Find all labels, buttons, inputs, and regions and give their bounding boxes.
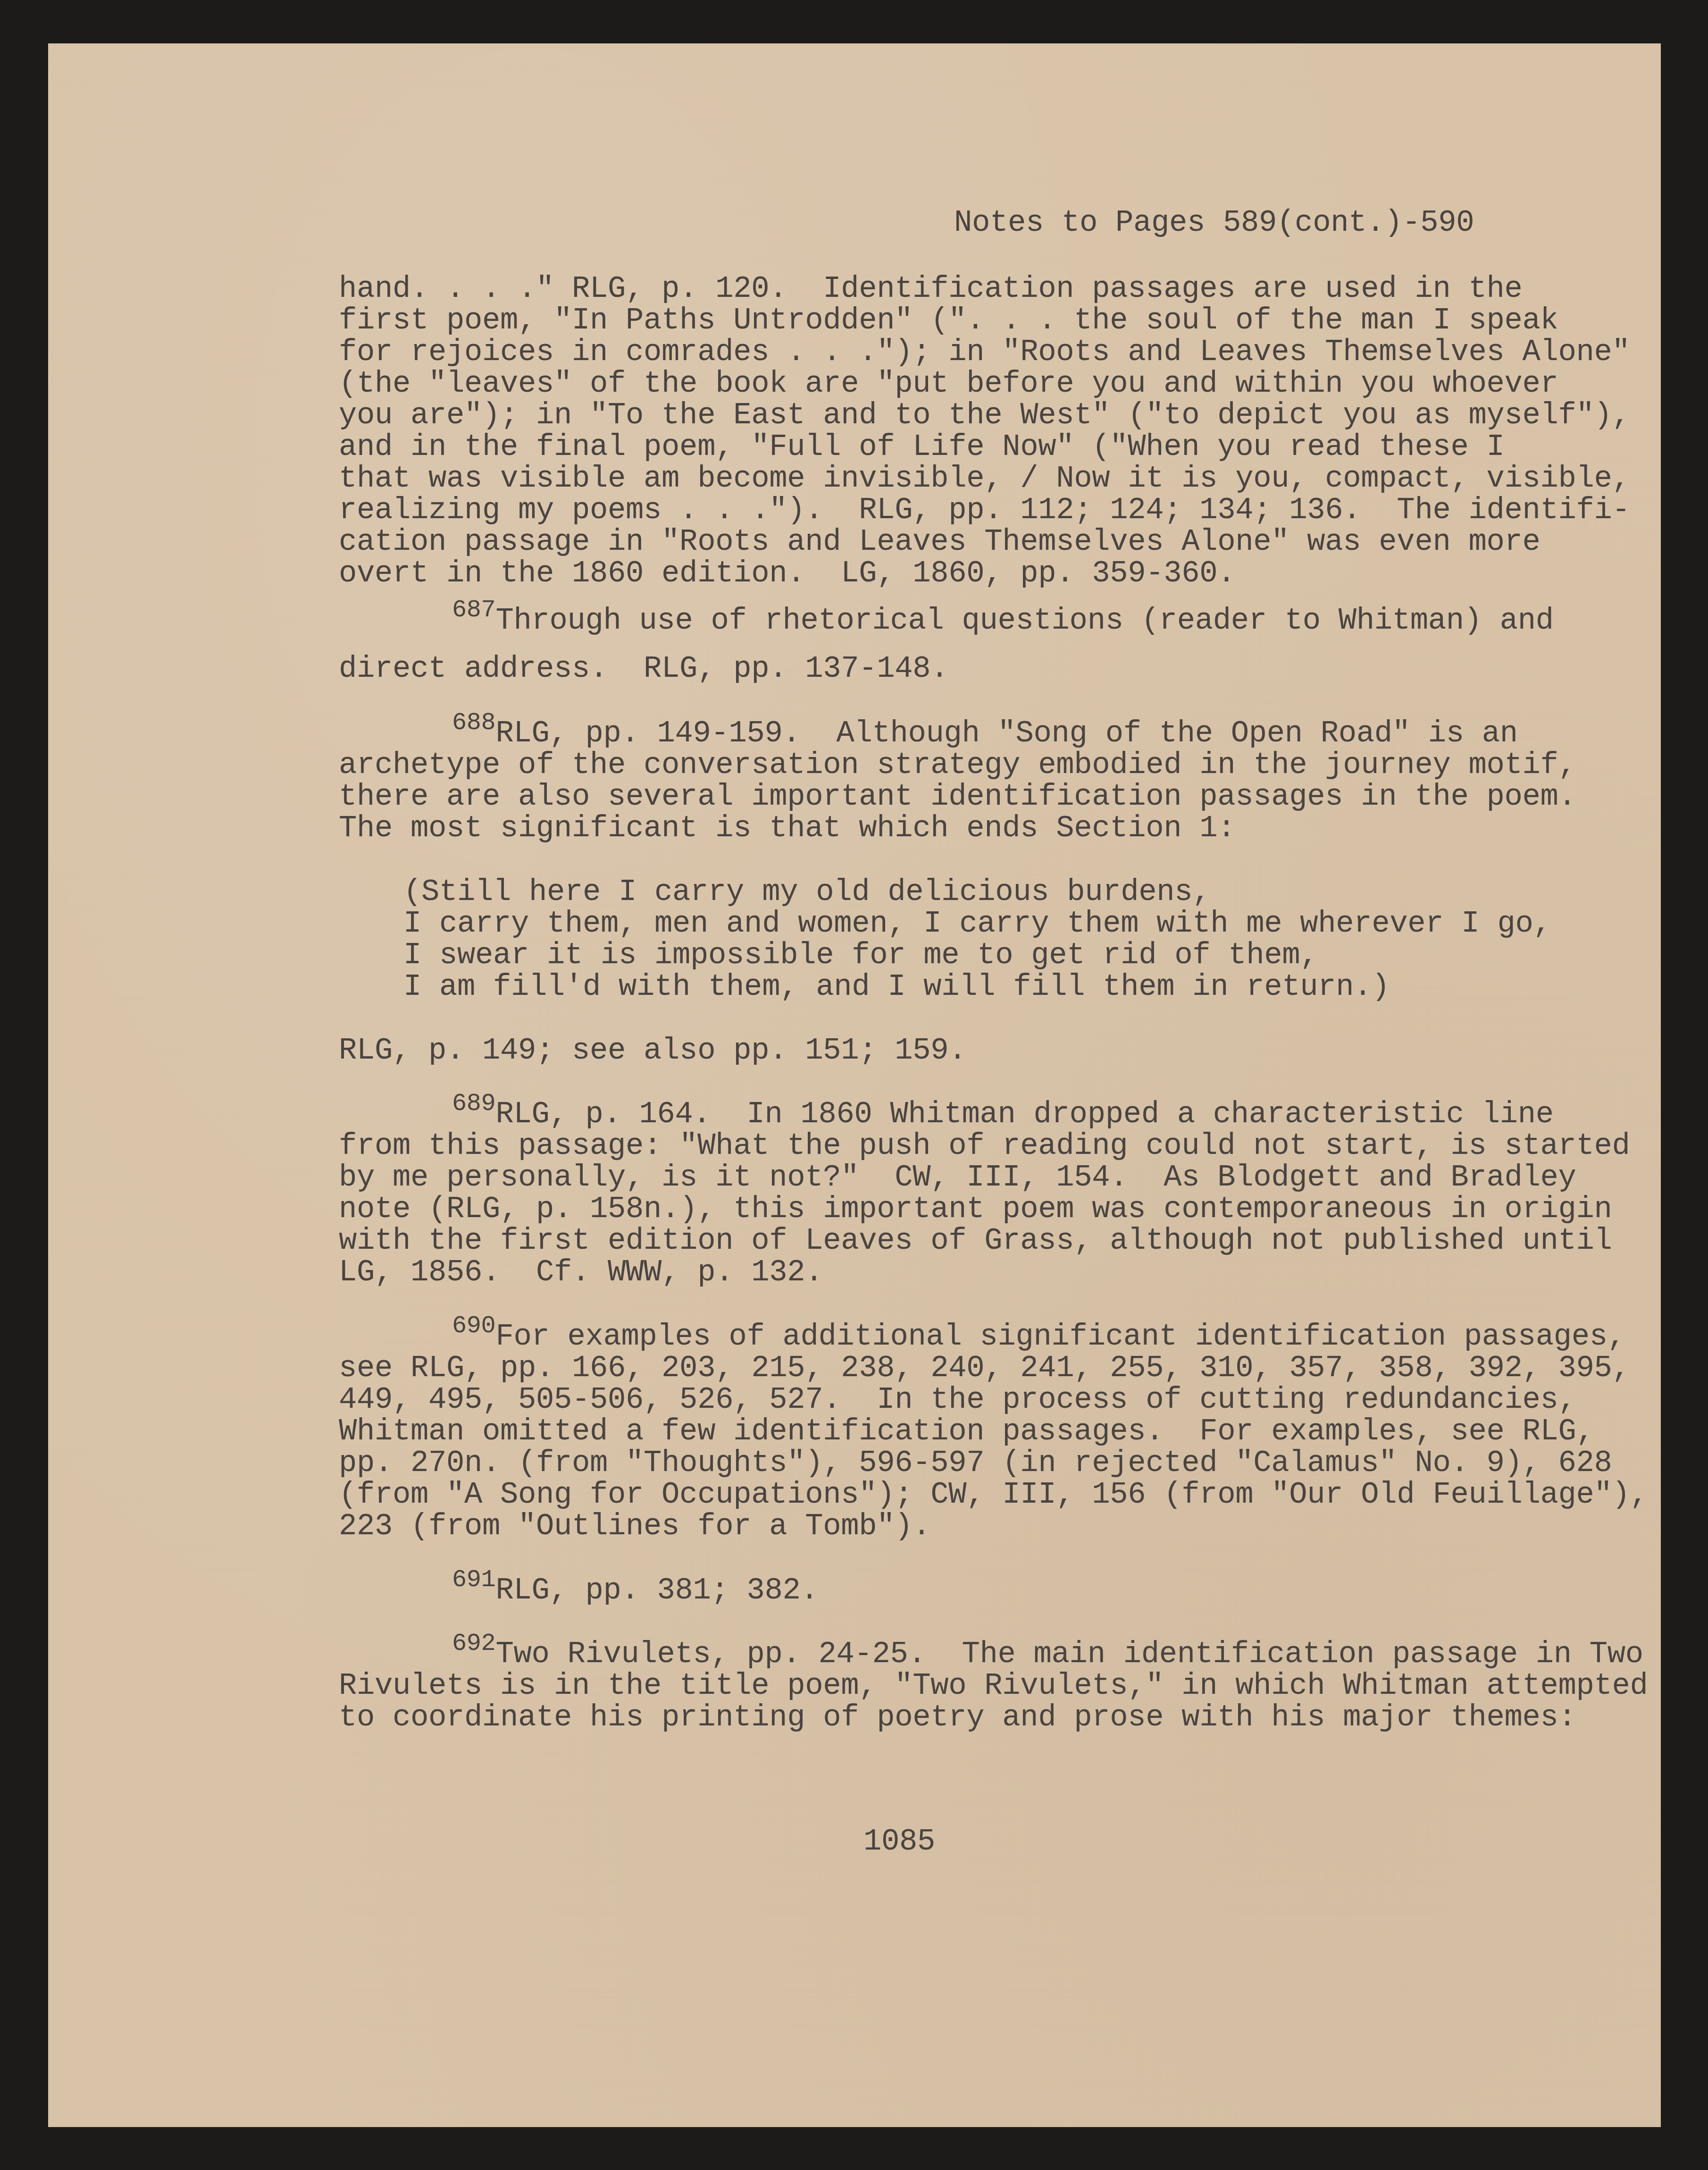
footnote-number: 690: [452, 1312, 495, 1340]
footnote-687: 687Through use of rhetorical questions (…: [452, 606, 1554, 638]
body-line: Rivulets is in the title poem, "Two Rivu…: [339, 1671, 1648, 1702]
body-line: RLG, p. 164. In 1860 Whitman dropped a c…: [495, 1098, 1553, 1132]
body-line: overt in the 1860 edition. LG, 1860, pp.…: [339, 558, 1235, 590]
quote-line: I carry them, men and women, I carry the…: [403, 908, 1551, 940]
footnote-number: 687: [452, 596, 495, 624]
body-line: that was visible am become invisible, / …: [339, 463, 1630, 495]
body-line: there are also several important identif…: [339, 782, 1576, 813]
body-line: direct address. RLG, pp. 137-148.: [339, 654, 948, 685]
body-line: 449, 495, 505-506, 526, 527. In the proc…: [339, 1385, 1576, 1416]
footnote-number: 688: [452, 709, 495, 737]
footnote-688: 688RLG, pp. 149-159. Although "Song of t…: [452, 718, 1518, 751]
body-line: with the first edition of Leaves of Gras…: [339, 1226, 1612, 1257]
running-header: Notes to Pages 589(cont.)-590: [954, 208, 1474, 239]
body-line: cation passage in "Roots and Leaves Them…: [339, 527, 1540, 558]
body-line: to coordinate his printing of poetry and…: [339, 1702, 1576, 1734]
body-line: see RLG, pp. 166, 203, 215, 238, 240, 24…: [339, 1353, 1630, 1385]
body-line: note (RLG, p. 158n.), this important poe…: [339, 1194, 1612, 1226]
footnote-692: 692Two Rivulets, pp. 24-25. The main ide…: [452, 1639, 1643, 1672]
body-line: by me personally, is it not?" CW, III, 1…: [339, 1162, 1576, 1194]
body-line: from this passage: "What the push of rea…: [339, 1131, 1630, 1162]
body-line: realizing my poems . . ."). RLG, pp. 112…: [339, 495, 1630, 527]
body-line: hand. . . ." RLG, p. 120. Identification…: [339, 274, 1522, 305]
body-line: LG, 1856. Cf. WWW, p. 132.: [339, 1257, 823, 1289]
body-line: The most significant is that which ends …: [339, 813, 1235, 845]
body-line: you are"); in "To the East and to the We…: [339, 400, 1630, 432]
quote-line: (Still here I carry my old delicious bur…: [403, 877, 1210, 908]
body-line: for rejoices in comrades . . ."); in "Ro…: [339, 337, 1630, 369]
body-line: RLG, p. 149; see also pp. 151; 159.: [339, 1035, 966, 1067]
footnote-number: 691: [452, 1566, 495, 1594]
page-number: 1085: [863, 1826, 935, 1858]
body-line: Two Rivulets, pp. 24-25. The main identi…: [495, 1638, 1643, 1672]
body-line: Whitman omitted a few identification pas…: [339, 1416, 1594, 1448]
quote-line: I swear it is impossible for me to get r…: [403, 940, 1318, 972]
footnote-689: 689RLG, p. 164. In 1860 Whitman dropped …: [452, 1099, 1554, 1132]
footnote-690: 690For examples of additional significan…: [452, 1321, 1625, 1354]
body-line: RLG, pp. 381; 382.: [495, 1574, 818, 1608]
footnote-691: 691RLG, pp. 381; 382.: [452, 1575, 819, 1608]
body-line: (from "A Song for Occupations"); CW, III…: [339, 1480, 1648, 1511]
body-line: first poem, "In Paths Untrodden" (". . .…: [339, 305, 1558, 337]
body-line: pp. 270n. (from "Thoughts"), 596-597 (in…: [339, 1448, 1612, 1480]
footnote-number: 692: [452, 1630, 495, 1657]
footnote-number: 689: [452, 1090, 495, 1118]
body-line: For examples of additional significant i…: [495, 1320, 1625, 1354]
body-line: Through use of rhetorical questions (rea…: [495, 604, 1553, 638]
body-line: archetype of the conversation strategy e…: [339, 750, 1576, 782]
body-line: 223 (from "Outlines for a Tomb").: [339, 1511, 930, 1543]
body-line: RLG, pp. 149-159. Although "Song of the …: [495, 717, 1517, 751]
quote-line: I am fill'd with them, and I will fill t…: [403, 972, 1390, 1003]
body-line: (the "leaves" of the book are "put befor…: [339, 369, 1558, 400]
body-line: and in the final poem, "Full of Life Now…: [339, 432, 1504, 463]
